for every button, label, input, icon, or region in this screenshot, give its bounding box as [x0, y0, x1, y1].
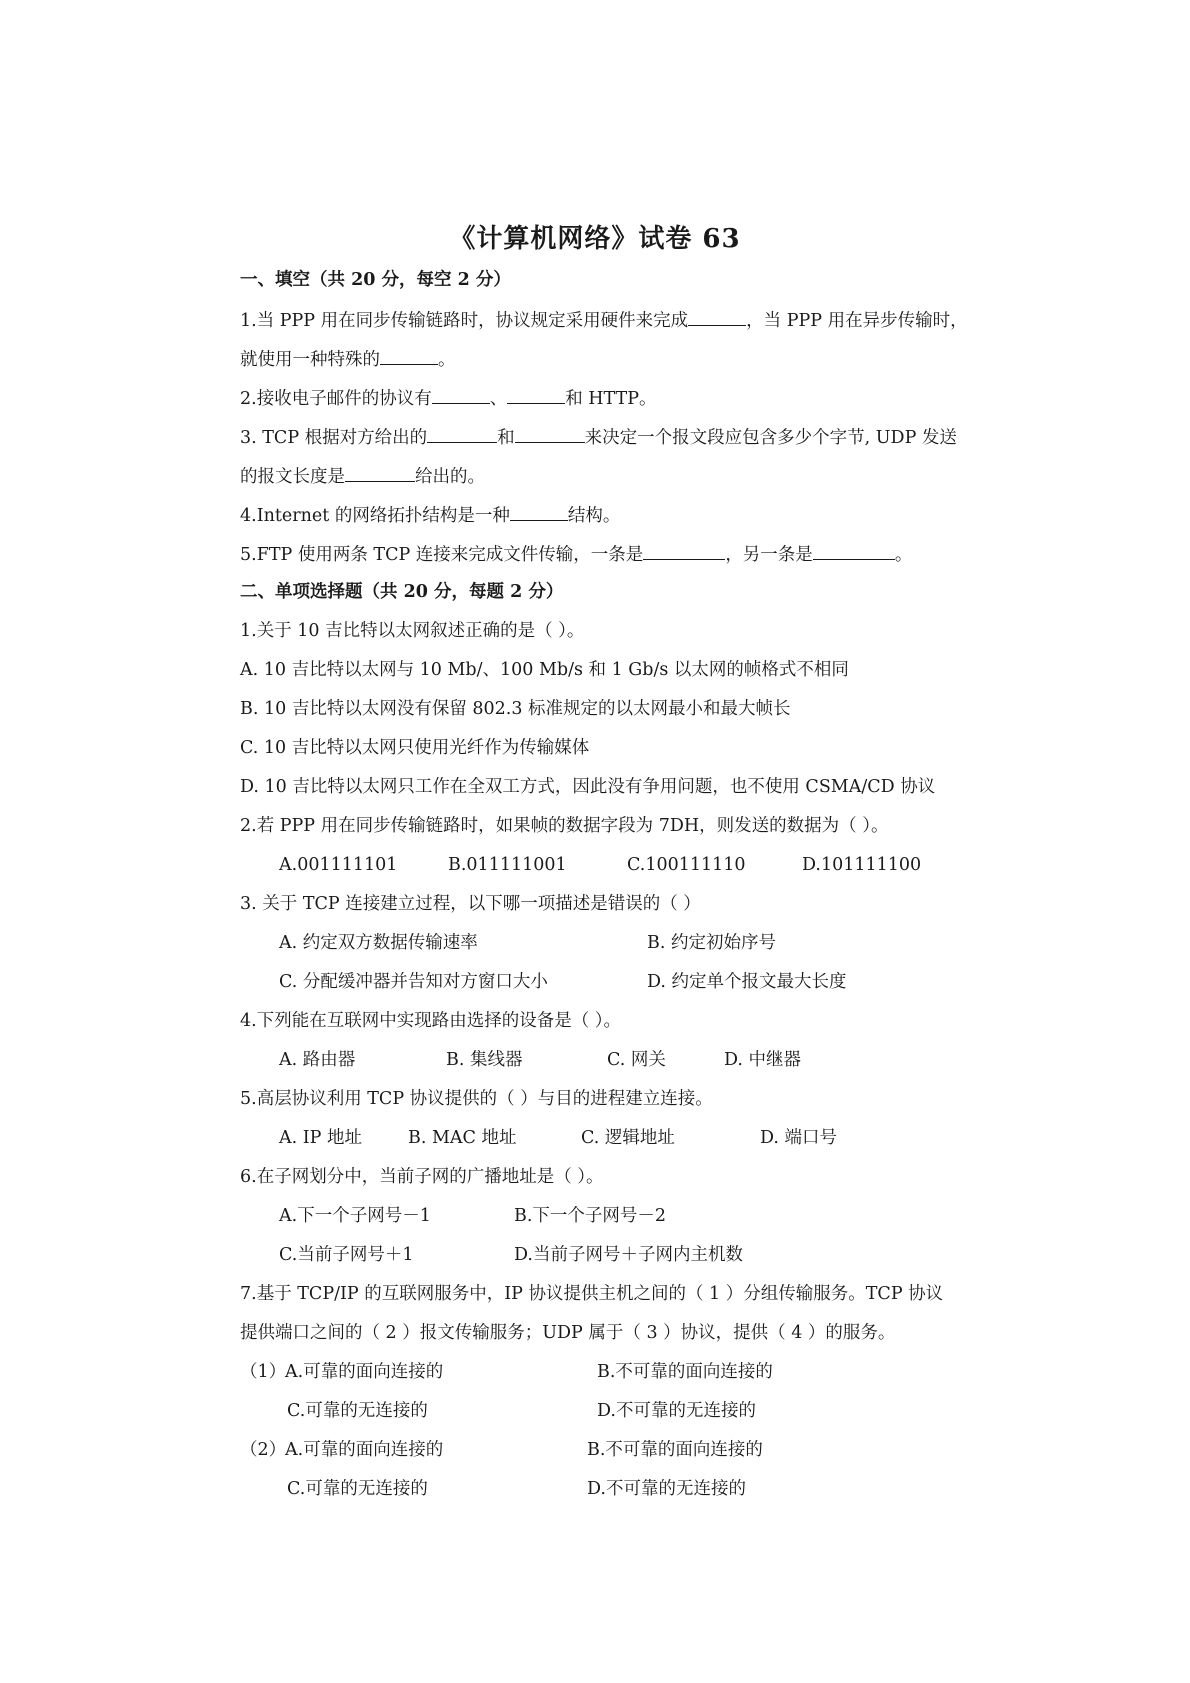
- answer-blank: [507, 385, 565, 404]
- mc-q6-option-c: C.当前子网号＋1: [279, 1243, 413, 1267]
- mc-q7-sub1-option-b: B.不可靠的面向连接的: [597, 1360, 773, 1384]
- section-heading-multiple-choice: 二、单项选择题（共 20 分，每题 2 分）: [240, 580, 563, 604]
- page-title: 《计算机网络》试卷 63: [0, 218, 1190, 255]
- question-text: 给出的。: [415, 467, 485, 487]
- fill-q1-line1: 1.当 PPP 用在同步传输链路时，协议规定采用硬件来完成，当 PPP 用在异步…: [240, 307, 968, 333]
- mc-q3-option-b: B. 约定初始序号: [647, 931, 776, 955]
- mc-q7-stem-line1: 7.基于 TCP/IP 的互联网服务中，IP 协议提供主机之间的（ 1 ）分组传…: [240, 1282, 943, 1306]
- question-text: 1.当 PPP 用在同步传输链路时，协议规定采用硬件来完成: [240, 311, 688, 331]
- fill-q2: 2.接收电子邮件的协议有、和 HTTP。: [240, 385, 656, 411]
- mc-q4-option-c: C. 网关: [607, 1048, 666, 1072]
- mc-q5-option-a: A. IP 地址: [279, 1126, 362, 1150]
- question-text: 。: [895, 545, 913, 565]
- mc-q7-sub2-option-b: B.不可靠的面向连接的: [587, 1438, 763, 1462]
- mc-q5-stem: 5.高层协议利用 TCP 协议提供的（ ）与目的进程建立连接。: [240, 1087, 713, 1111]
- question-text: 结构。: [568, 506, 621, 526]
- mc-q7-sub1-option-c: C.可靠的无连接的: [287, 1399, 428, 1423]
- question-text: 来决定一个报文段应包含多少个字节, UDP 发送: [585, 428, 957, 448]
- answer-blank: [688, 307, 746, 326]
- answer-blank: [427, 424, 497, 443]
- mc-q4-option-b: B. 集线器: [446, 1048, 523, 1072]
- mc-q2-stem: 2.若 PPP 用在同步传输链路时，如果帧的数据字段为 7DH，则发送的数据为（…: [240, 814, 888, 838]
- mc-q2-option-d: D.101111100: [802, 853, 921, 877]
- question-text: 3. TCP 根据对方给出的: [240, 428, 427, 448]
- mc-q3-option-a: A. 约定双方数据传输速率: [279, 931, 478, 955]
- mc-q6-option-b: B.下一个子网号－2: [514, 1204, 666, 1228]
- question-text: 和 HTTP。: [565, 389, 656, 409]
- section-heading-fill-in: 一、填空（共 20 分，每空 2 分）: [240, 268, 511, 292]
- mc-q4-option-d: D. 中继器: [724, 1048, 801, 1072]
- fill-q3-line1: 3. TCP 根据对方给出的和来决定一个报文段应包含多少个字节, UDP 发送: [240, 424, 957, 450]
- mc-q3-option-d: D. 约定单个报文最大长度: [647, 970, 847, 994]
- mc-q7-sub1-option-a: A.可靠的面向连接的: [285, 1360, 443, 1384]
- mc-q5-option-c: C. 逻辑地址: [581, 1126, 675, 1150]
- fill-q4: 4.Internet 的网络拓扑结构是一种结构。: [240, 502, 620, 528]
- mc-q1-stem: 1.关于 10 吉比特以太网叙述正确的是（ ）。: [240, 619, 584, 643]
- mc-q5-option-d: D. 端口号: [760, 1126, 837, 1150]
- answer-blank: [432, 385, 490, 404]
- question-text: 5.FTP 使用两条 TCP 连接来完成文件传输，一条是: [240, 545, 643, 565]
- question-text: ，当 PPP 用在异步传输时，: [746, 311, 967, 331]
- answer-blank: [510, 502, 568, 521]
- question-text: 、: [490, 389, 508, 409]
- question-text: 2.接收电子邮件的协议有: [240, 389, 432, 409]
- mc-q7-sub2-label: （2）: [240, 1438, 286, 1462]
- answer-blank: [515, 424, 585, 443]
- mc-q6-option-a: A.下一个子网号－1: [279, 1204, 431, 1228]
- mc-q7-stem-line2: 提供端口之间的（ 2 ）报文传输服务；UDP 属于（ 3 ）协议，提供（ 4 ）…: [240, 1321, 895, 1345]
- mc-q7-sub1-option-d: D.不可靠的无连接的: [597, 1399, 756, 1423]
- mc-q2-option-b: B.011111001: [448, 853, 567, 877]
- mc-q6-option-d: D.当前子网号＋子网内主机数: [514, 1243, 743, 1267]
- answer-blank: [643, 541, 725, 560]
- mc-q5-option-b: B. MAC 地址: [408, 1126, 517, 1150]
- fill-q5: 5.FTP 使用两条 TCP 连接来完成文件传输，一条是，另一条是。: [240, 541, 912, 567]
- mc-q1-option-d: D. 10 吉比特以太网只工作在全双工方式，因此没有争用问题，也不使用 CSMA…: [240, 775, 935, 799]
- fill-q1-line2: 就使用一种特殊的。: [240, 346, 456, 372]
- exam-page: 《计算机网络》试卷 63 一、填空（共 20 分，每空 2 分） 1.当 PPP…: [0, 0, 1190, 1683]
- answer-blank: [345, 463, 415, 482]
- mc-q3-option-c: C. 分配缓冲器并告知对方窗口大小: [279, 970, 548, 994]
- mc-q4-option-a: A. 路由器: [279, 1048, 355, 1072]
- mc-q3-stem: 3. 关于 TCP 连接建立过程，以下哪一项描述是错误的（ ）: [240, 892, 701, 916]
- question-text: 就使用一种特殊的: [240, 350, 380, 370]
- mc-q7-sub2-option-d: D.不可靠的无连接的: [587, 1477, 746, 1501]
- question-text: 和: [497, 428, 515, 448]
- mc-q7-sub1-label: （1）: [240, 1360, 286, 1384]
- mc-q2-option-c: C.100111110: [627, 853, 746, 877]
- question-text: 的报文长度是: [240, 467, 345, 487]
- question-text: 4.Internet 的网络拓扑结构是一种: [240, 506, 510, 526]
- mc-q7-sub2-option-c: C.可靠的无连接的: [287, 1477, 428, 1501]
- answer-blank: [813, 541, 895, 560]
- mc-q1-option-c: C. 10 吉比特以太网只使用光纤作为传输媒体: [240, 736, 589, 760]
- mc-q4-stem: 4.下列能在互联网中实现路由选择的设备是（ ）。: [240, 1009, 621, 1033]
- mc-q6-stem: 6.在子网划分中，当前子网的广播地址是（ ）。: [240, 1165, 604, 1189]
- mc-q1-option-b: B. 10 吉比特以太网没有保留 802.3 标准规定的以太网最小和最大帧长: [240, 697, 791, 721]
- mc-q2-option-a: A.001111101: [279, 853, 397, 877]
- fill-q3-line2: 的报文长度是给出的。: [240, 463, 485, 489]
- answer-blank: [380, 346, 438, 365]
- question-text: 。: [438, 350, 456, 370]
- question-text: ，另一条是: [725, 545, 813, 565]
- mc-q1-option-a: A. 10 吉比特以太网与 10 Mb/、100 Mb/s 和 1 Gb/s 以…: [240, 658, 849, 682]
- mc-q7-sub2-option-a: A.可靠的面向连接的: [285, 1438, 443, 1462]
